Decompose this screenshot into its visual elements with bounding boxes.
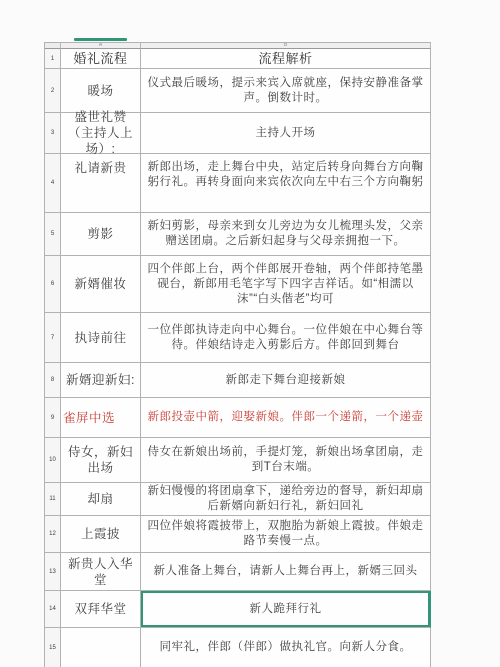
row-number[interactable]: 11 bbox=[45, 483, 61, 516]
process-cell[interactable]: 雀屏中选 bbox=[61, 398, 141, 438]
process-cell[interactable]: 上霞披 bbox=[61, 516, 141, 553]
detail-cell[interactable]: 四位伴娘将霞披带上，双胞胎为新娘上霞披。伴娘走路节奏慢一点。 bbox=[141, 516, 431, 553]
row-number[interactable]: 9 bbox=[45, 398, 61, 438]
detail-cell[interactable]: 新郎走下舞台迎接新娘 bbox=[141, 363, 431, 398]
row-number[interactable]: 10 bbox=[45, 438, 61, 483]
process-cell[interactable] bbox=[61, 628, 141, 667]
row-number[interactable]: 8 bbox=[45, 363, 61, 398]
row-number[interactable]: 15 bbox=[45, 628, 61, 667]
process-cell[interactable]: 却扇 bbox=[61, 483, 141, 516]
row-number[interactable]: 14 bbox=[45, 591, 61, 628]
table-row: 13新贵人入华堂新人准备上舞台，请新人上舞台再上，新婿三回头 bbox=[45, 553, 431, 591]
process-cell[interactable]: 礼请新贵 bbox=[61, 154, 141, 213]
process-cell[interactable]: 新婿迎新妇: bbox=[61, 363, 141, 398]
detail-cell-selected[interactable]: 新人跪拜行礼 bbox=[141, 591, 431, 628]
row-number[interactable]: 7 bbox=[45, 313, 61, 363]
sheet-rows: 1婚礼流程流程解析2暖场仪式最后暖场，提示来宾入席就座，保持安静准备掌声。倒数计… bbox=[45, 49, 431, 667]
process-cell[interactable]: 双拜华堂 bbox=[61, 591, 141, 628]
detail-cell[interactable]: 新人准备上舞台，请新人上舞台再上，新婿三回头 bbox=[141, 553, 431, 591]
detail-cell[interactable]: 侍女在新娘出场前，手提灯笼，新娘出场拿团扇，走到T台末端。 bbox=[141, 438, 431, 483]
detail-cell[interactable]: 主持人开场 bbox=[141, 113, 431, 154]
process-cell[interactable]: 侍女，新妇出场 bbox=[61, 438, 141, 483]
detail-cell[interactable]: 新妇剪影，母亲来到女儿旁边为女儿梳理头发，父亲赠送团扇。之后新妇起身与父母亲拥抱… bbox=[141, 213, 431, 256]
row-number[interactable]: 12 bbox=[45, 516, 61, 553]
row-number[interactable]: 13 bbox=[45, 553, 61, 591]
table-row: 3盛世礼赞（主持人上场）:主持人开场 bbox=[45, 113, 431, 154]
process-cell[interactable]: 暖场 bbox=[61, 69, 141, 113]
table-row: 9雀屏中选新郎投壶中箭，迎娶新娘。伴郎一个递箭，一个递壶 bbox=[45, 398, 431, 438]
green-accent-line bbox=[74, 38, 127, 41]
table-row: 4礼请新贵新郎出场，走上舞台中央，站定后转身向舞台方向鞠躬行礼。再转身面向来宾依… bbox=[45, 154, 431, 213]
detail-cell[interactable]: 新郎投壶中箭，迎娶新娘。伴郎一个递箭，一个递壶 bbox=[141, 398, 431, 438]
process-cell[interactable]: 新贵人入华堂 bbox=[61, 553, 141, 591]
table-row: 6新婿催妆四个伴郎上台，两个伴郎展开卷轴，两个伴郎持笔墨砚台，新郎用毛笔字写下四… bbox=[45, 256, 431, 313]
process-cell[interactable]: 婚礼流程 bbox=[61, 49, 141, 69]
table-row: 14双拜华堂新人跪拜行礼 bbox=[45, 591, 431, 628]
table-row: 2暖场仪式最后暖场，提示来宾入席就座，保持安静准备掌声。倒数计时。 bbox=[45, 69, 431, 113]
row-number[interactable]: 6 bbox=[45, 256, 61, 313]
spreadsheet: A B 1婚礼流程流程解析2暖场仪式最后暖场，提示来宾入席就座，保持安静准备掌声… bbox=[44, 42, 431, 667]
row-number[interactable]: 1 bbox=[45, 49, 61, 69]
process-cell[interactable]: 盛世礼赞（主持人上场）: bbox=[61, 113, 141, 154]
detail-cell[interactable]: 新郎出场，走上舞台中央，站定后转身向舞台方向鞠躬行礼。再转身面向来宾依次向左中右… bbox=[141, 154, 431, 213]
detail-cell[interactable]: 新妇慢慢的将团扇拿下，递给旁边的督导，新妇却扇后新婿向新妇行礼，新妇回礼 bbox=[141, 483, 431, 516]
row-number[interactable]: 2 bbox=[45, 69, 61, 113]
row-number[interactable]: 5 bbox=[45, 213, 61, 256]
row-number[interactable]: 3 bbox=[45, 113, 61, 154]
table-row: 8新婿迎新妇:新郎走下舞台迎接新娘 bbox=[45, 363, 431, 398]
detail-cell[interactable]: 仪式最后暖场，提示来宾入席就座，保持安静准备掌声。倒数计时。 bbox=[141, 69, 431, 113]
detail-cell[interactable]: 同牢礼，伴郎（伴郎）做执礼官。向新人分食。 bbox=[141, 628, 431, 667]
table-row: 1婚礼流程流程解析 bbox=[45, 49, 431, 69]
detail-cell[interactable]: 流程解析 bbox=[141, 49, 431, 69]
process-cell[interactable]: 新婿催妆 bbox=[61, 256, 141, 313]
detail-cell[interactable]: 一位伴郎执诗走向中心舞台。一位伴娘在中心舞台等待。伴娘结诗走入剪影后方。伴郎回到… bbox=[141, 313, 431, 363]
table-row: 7执诗前往一位伴郎执诗走向中心舞台。一位伴娘在中心舞台等待。伴娘结诗走入剪影后方… bbox=[45, 313, 431, 363]
detail-cell[interactable]: 四个伴郎上台，两个伴郎展开卷轴，两个伴郎持笔墨砚台，新郎用毛笔字写下四字吉祥话。… bbox=[141, 256, 431, 313]
row-number[interactable]: 4 bbox=[45, 154, 61, 213]
table-row: 12上霞披四位伴娘将霞披带上，双胞胎为新娘上霞披。伴娘走路节奏慢一点。 bbox=[45, 516, 431, 553]
table-row: 11却扇新妇慢慢的将团扇拿下，递给旁边的督导，新妇却扇后新婿向新妇行礼，新妇回礼 bbox=[45, 483, 431, 516]
table-row: 10侍女，新妇出场侍女在新娘出场前，手提灯笼，新娘出场拿团扇，走到T台末端。 bbox=[45, 438, 431, 483]
process-cell[interactable]: 剪影 bbox=[61, 213, 141, 256]
table-row: 15同牢礼，伴郎（伴郎）做执礼官。向新人分食。 bbox=[45, 628, 431, 667]
table-row: 5剪影新妇剪影，母亲来到女儿旁边为女儿梳理头发，父亲赠送团扇。之后新妇起身与父母… bbox=[45, 213, 431, 256]
process-cell[interactable]: 执诗前往 bbox=[61, 313, 141, 363]
